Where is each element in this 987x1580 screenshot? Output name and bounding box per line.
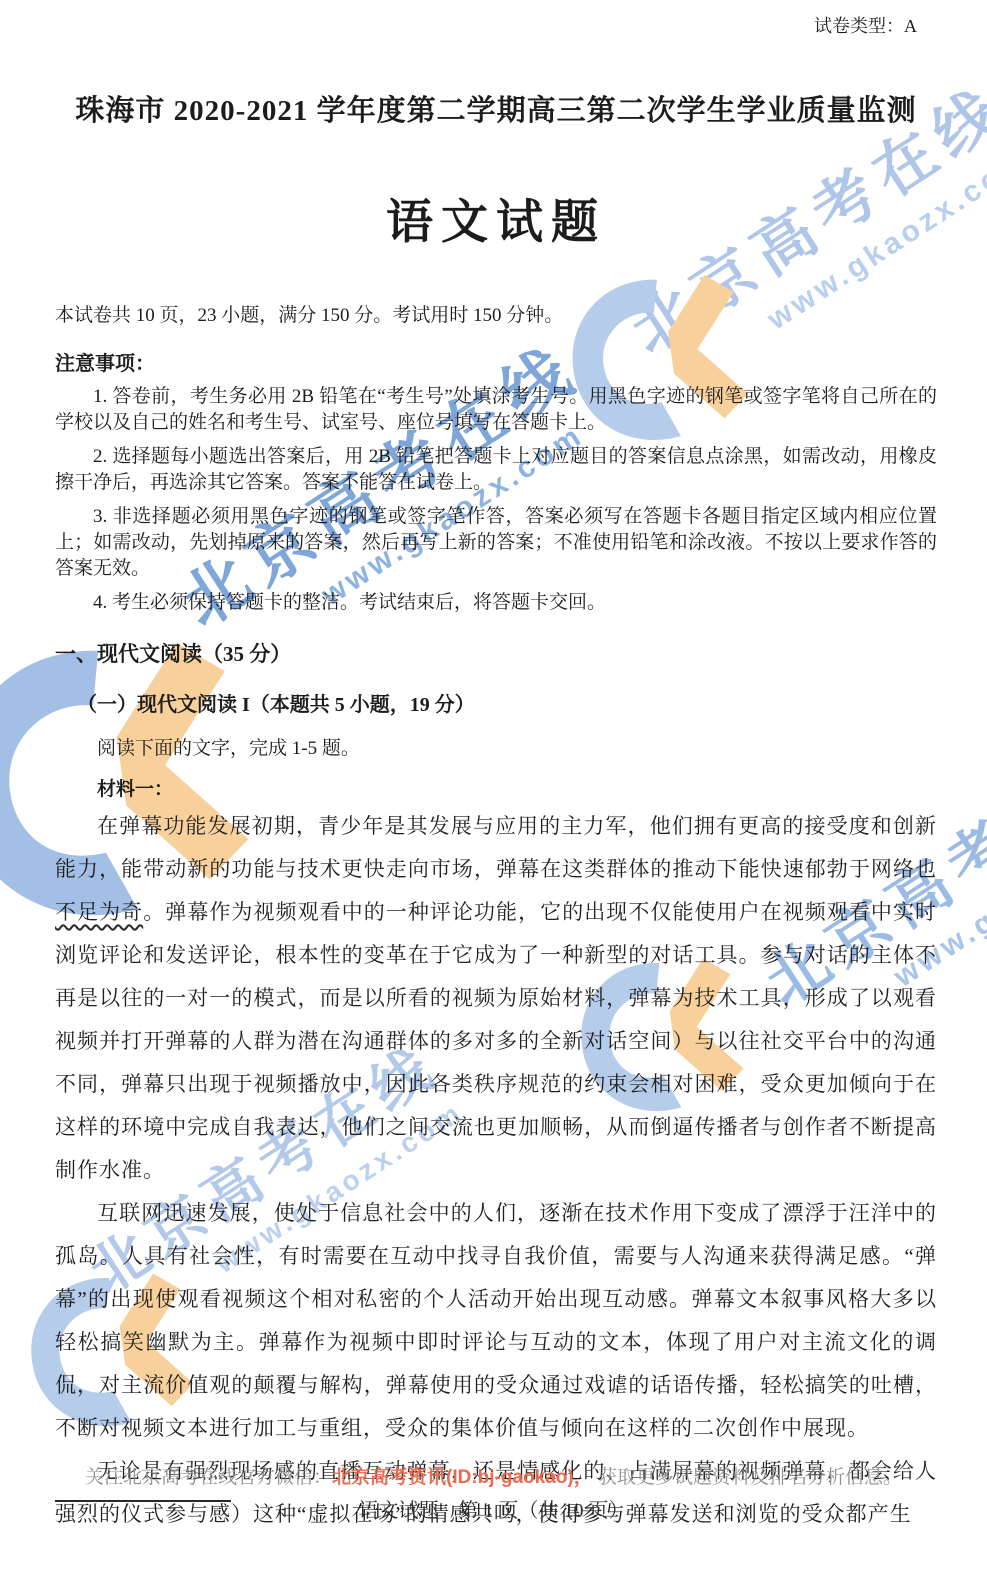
- notice-item: 2. 选择题每小题选出答案后，用 2B 铅笔把答题卡上对应题目的答案信息点涂黑，…: [55, 444, 937, 496]
- material-label: 材料一：: [97, 774, 937, 801]
- page-content: 试卷类型：A 珠海市 2020-2021 学年度第二学期高三第二次学生学业质量监…: [0, 0, 987, 1536]
- subject-title: 语文试题: [55, 185, 937, 252]
- notice-item: 4. 考生必须保持答题卡的整洁。考试结束后，将答题卡交回。: [55, 590, 937, 616]
- notice-item: 3. 非选择题必须用黑色字迹的钢笔或签字笔作答，答案必须写在答题卡各题目指定区域…: [55, 504, 937, 582]
- section-subheading: （一）现代文阅读 I（本题共 5 小题，19 分）: [77, 688, 937, 717]
- promo-suffix: 获取更多试题资料及排名分析信息。: [593, 1467, 902, 1488]
- notice-item: 1. 答卷前，考生务必用 2B 铅笔在“考生号”处填涂考生号。用黑色字迹的钢笔或…: [55, 384, 937, 436]
- page-number-line: 语文试题 第 1 页（共 10 页）: [0, 1494, 987, 1523]
- promo-highlight: 北京高考资讯(ID:bj-gaokao)，: [332, 1467, 593, 1488]
- body-text: 在弹幕功能发展初期，青少年是其发展与应用的主力军，他们拥有更高的接受度和创新能力…: [55, 814, 937, 881]
- notice-list: 1. 答卷前，考生务必用 2B 铅笔在“考生号”处填涂考生号。用黑色字迹的钢笔或…: [55, 384, 937, 616]
- reading-instruction: 阅读下面的文字，完成 1-5 题。: [97, 733, 937, 760]
- promo-line: 关注北京高考在线官方微信：北京高考资讯(ID:bj-gaokao)， 获取更多试…: [0, 1462, 987, 1489]
- material-paragraphs: 在弹幕功能发展初期，青少年是其发展与应用的主力军，他们拥有更高的接受度和创新能力…: [55, 805, 937, 1536]
- material-paragraph: 互联网迅速发展，使处于信息社会中的人们，逐渐在技术作用下变成了漂浮于汪洋中的孤岛…: [55, 1192, 937, 1450]
- promo-prefix: 关注北京高考在线官方微信：: [85, 1467, 332, 1488]
- exam-type-label: 试卷类型：A: [55, 12, 937, 38]
- exam-paper-page: 北京高考在线 www.gkaozx.com 北京高考在线 www.gkaozx.…: [0, 0, 987, 1580]
- section-heading: 一、现代文阅读（35 分）: [55, 638, 937, 668]
- body-text: 互联网迅速发展，使处于信息社会中的人们，逐渐在技术作用下变成了漂浮于汪洋中的孤岛…: [55, 1201, 937, 1440]
- page-title: 珠海市 2020-2021 学年度第二学期高三第二次学生学业质量监测: [55, 88, 937, 129]
- page-footer: 关注北京高考在线官方微信：北京高考资讯(ID:bj-gaokao)， 获取更多试…: [0, 1462, 987, 1523]
- exam-intro: 本试卷共 10 页，23 小题，满分 150 分。考试用时 150 分钟。: [55, 300, 937, 327]
- notice-title: 注意事项：: [55, 347, 937, 376]
- annotated-text: 不足为奇: [55, 900, 143, 924]
- body-text: 。弹幕作为视频观看中的一种评论功能，它的出现不仅能使用户在视频观看中实时浏览评论…: [55, 900, 937, 1182]
- material-paragraph: 在弹幕功能发展初期，青少年是其发展与应用的主力军，他们拥有更高的接受度和创新能力…: [55, 805, 937, 1192]
